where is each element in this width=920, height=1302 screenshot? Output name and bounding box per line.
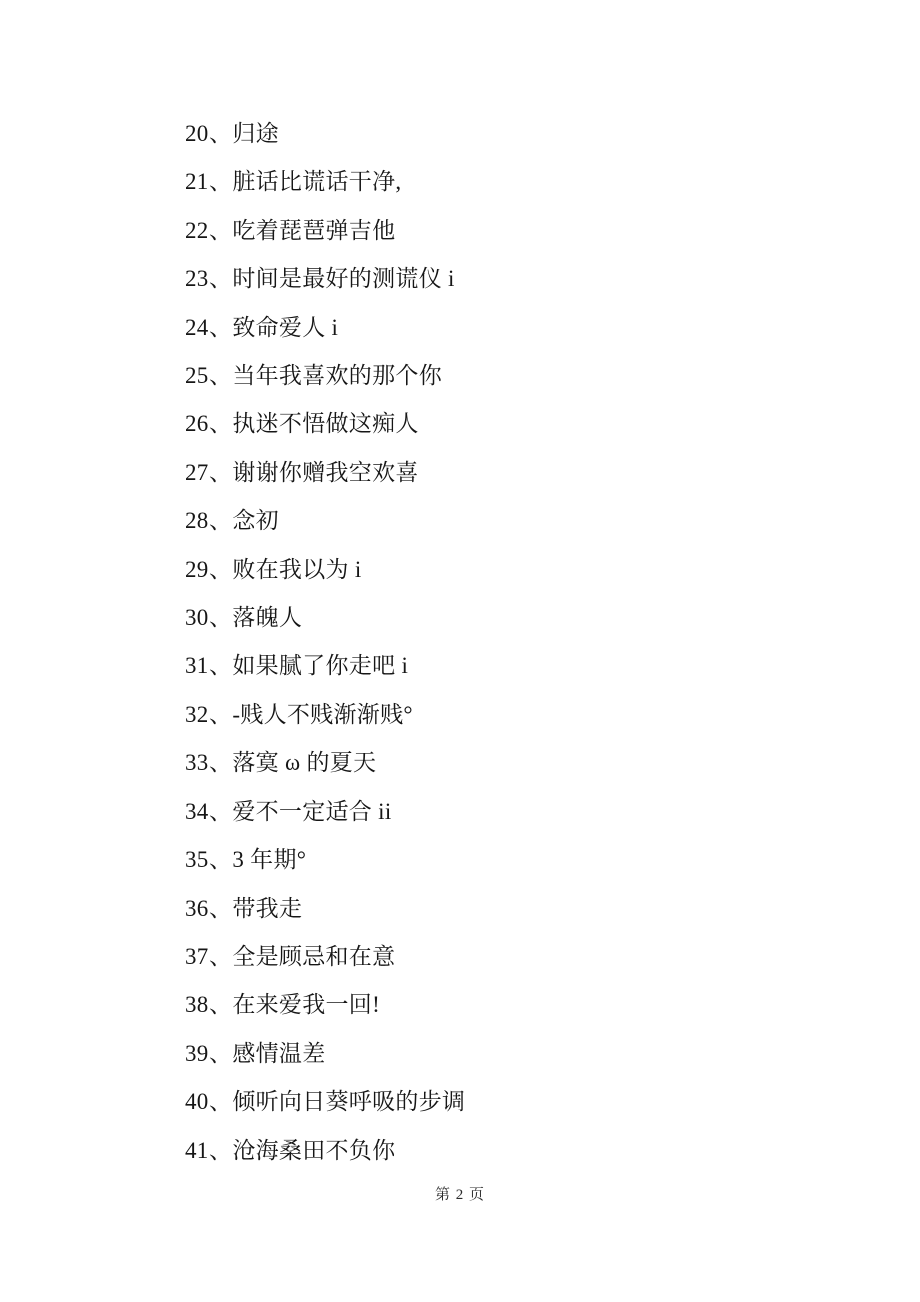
item-title: 全是顾忌和在意 xyxy=(232,944,395,969)
item-title: 吃着琵琶弹吉他 xyxy=(232,218,395,243)
item-number: 40 xyxy=(185,1078,209,1126)
item-separator: 、 xyxy=(209,847,232,872)
item-separator: 、 xyxy=(209,750,232,775)
item-separator: 、 xyxy=(209,702,232,727)
list-item: 27、谢谢你赠我空欢喜 xyxy=(185,449,880,497)
list-item: 20、归途 xyxy=(185,110,880,158)
item-number: 28 xyxy=(185,497,209,545)
item-title: 3 年期° xyxy=(232,847,306,872)
list-item: 39、感情温差 xyxy=(185,1030,880,1078)
item-title: 在来爱我一回! xyxy=(232,992,380,1017)
item-title: 倾听向日葵呼吸的步调 xyxy=(232,1089,465,1114)
list-item: 29、败在我以为 i xyxy=(185,546,880,594)
item-number: 22 xyxy=(185,207,209,255)
item-separator: 、 xyxy=(209,896,232,921)
item-title: 谢谢你赠我空欢喜 xyxy=(232,460,418,485)
list-item: 25、当年我喜欢的那个你 xyxy=(185,352,880,400)
item-separator: 、 xyxy=(209,411,232,436)
list-item: 31、如果腻了你走吧 i xyxy=(185,642,880,690)
item-separator: 、 xyxy=(209,1138,232,1163)
item-title: 归途 xyxy=(232,121,279,146)
item-separator: 、 xyxy=(209,121,232,146)
list-item: 35、3 年期° xyxy=(185,836,880,884)
item-separator: 、 xyxy=(209,508,232,533)
item-separator: 、 xyxy=(209,363,232,388)
item-number: 31 xyxy=(185,642,209,690)
item-title: 带我走 xyxy=(232,896,302,921)
item-title: 沧海桑田不负你 xyxy=(232,1138,395,1163)
page-number-footer: 第 2 页 xyxy=(0,1186,920,1204)
item-title: 脏话比谎话干净, xyxy=(232,169,401,194)
list-item: 37、全是顾忌和在意 xyxy=(185,933,880,981)
item-separator: 、 xyxy=(209,1041,232,1066)
list-item: 23、时间是最好的测谎仪 i xyxy=(185,255,880,303)
item-title: 爱不一定适合 ii xyxy=(232,799,391,824)
item-number: 27 xyxy=(185,449,209,497)
item-separator: 、 xyxy=(209,992,232,1017)
item-title: 如果腻了你走吧 i xyxy=(232,653,408,678)
item-separator: 、 xyxy=(209,460,232,485)
item-number: 21 xyxy=(185,158,209,206)
item-title: 念初 xyxy=(232,508,279,533)
list-item: 33、落寞 ω 的夏天 xyxy=(185,739,880,787)
item-title: 败在我以为 i xyxy=(232,557,361,582)
list-item: 41、沧海桑田不负你 xyxy=(185,1127,880,1175)
item-separator: 、 xyxy=(209,605,232,630)
item-title: 当年我喜欢的那个你 xyxy=(232,363,442,388)
list-item: 32、-贱人不贱渐渐贱° xyxy=(185,691,880,739)
item-separator: 、 xyxy=(209,799,232,824)
item-separator: 、 xyxy=(209,169,232,194)
list-item: 38、在来爱我一回! xyxy=(185,981,880,1029)
item-separator: 、 xyxy=(209,266,232,291)
item-number: 33 xyxy=(185,739,209,787)
item-number: 37 xyxy=(185,933,209,981)
item-number: 32 xyxy=(185,691,209,739)
list-item: 30、落魄人 xyxy=(185,594,880,642)
item-number: 41 xyxy=(185,1127,209,1175)
item-number: 30 xyxy=(185,594,209,642)
item-title: 时间是最好的测谎仪 i xyxy=(232,266,454,291)
item-separator: 、 xyxy=(209,1089,232,1114)
item-number: 36 xyxy=(185,885,209,933)
item-title: 执迷不悟做这痴人 xyxy=(232,411,418,436)
document-page: 20、归途21、脏话比谎话干净,22、吃着琵琶弹吉他23、时间是最好的测谎仪 i… xyxy=(0,0,920,1302)
list-item: 34、爱不一定适合 ii xyxy=(185,788,880,836)
list-item: 21、脏话比谎话干净, xyxy=(185,158,880,206)
item-number: 24 xyxy=(185,304,209,352)
list-item: 26、执迷不悟做这痴人 xyxy=(185,400,880,448)
numbered-list: 20、归途21、脏话比谎话干净,22、吃着琵琶弹吉他23、时间是最好的测谎仪 i… xyxy=(185,110,880,1175)
item-number: 23 xyxy=(185,255,209,303)
item-number: 38 xyxy=(185,981,209,1029)
list-item: 36、带我走 xyxy=(185,885,880,933)
list-item: 40、倾听向日葵呼吸的步调 xyxy=(185,1078,880,1126)
item-number: 39 xyxy=(185,1030,209,1078)
item-number: 20 xyxy=(185,110,209,158)
item-separator: 、 xyxy=(209,315,232,340)
item-separator: 、 xyxy=(209,218,232,243)
item-number: 34 xyxy=(185,788,209,836)
list-item: 24、致命爱人 i xyxy=(185,304,880,352)
page-content: 20、归途21、脏话比谎话干净,22、吃着琵琶弹吉他23、时间是最好的测谎仪 i… xyxy=(0,0,920,1175)
item-number: 35 xyxy=(185,836,209,884)
item-number: 26 xyxy=(185,400,209,448)
item-title: 感情温差 xyxy=(232,1041,325,1066)
item-title: 落寞 ω 的夏天 xyxy=(232,750,376,775)
item-number: 29 xyxy=(185,546,209,594)
list-item: 22、吃着琵琶弹吉他 xyxy=(185,207,880,255)
item-title: -贱人不贱渐渐贱° xyxy=(232,702,413,727)
list-item: 28、念初 xyxy=(185,497,880,545)
item-separator: 、 xyxy=(209,557,232,582)
item-title: 落魄人 xyxy=(232,605,302,630)
item-separator: 、 xyxy=(209,653,232,678)
item-number: 25 xyxy=(185,352,209,400)
item-title: 致命爱人 i xyxy=(232,315,338,340)
item-separator: 、 xyxy=(209,944,232,969)
